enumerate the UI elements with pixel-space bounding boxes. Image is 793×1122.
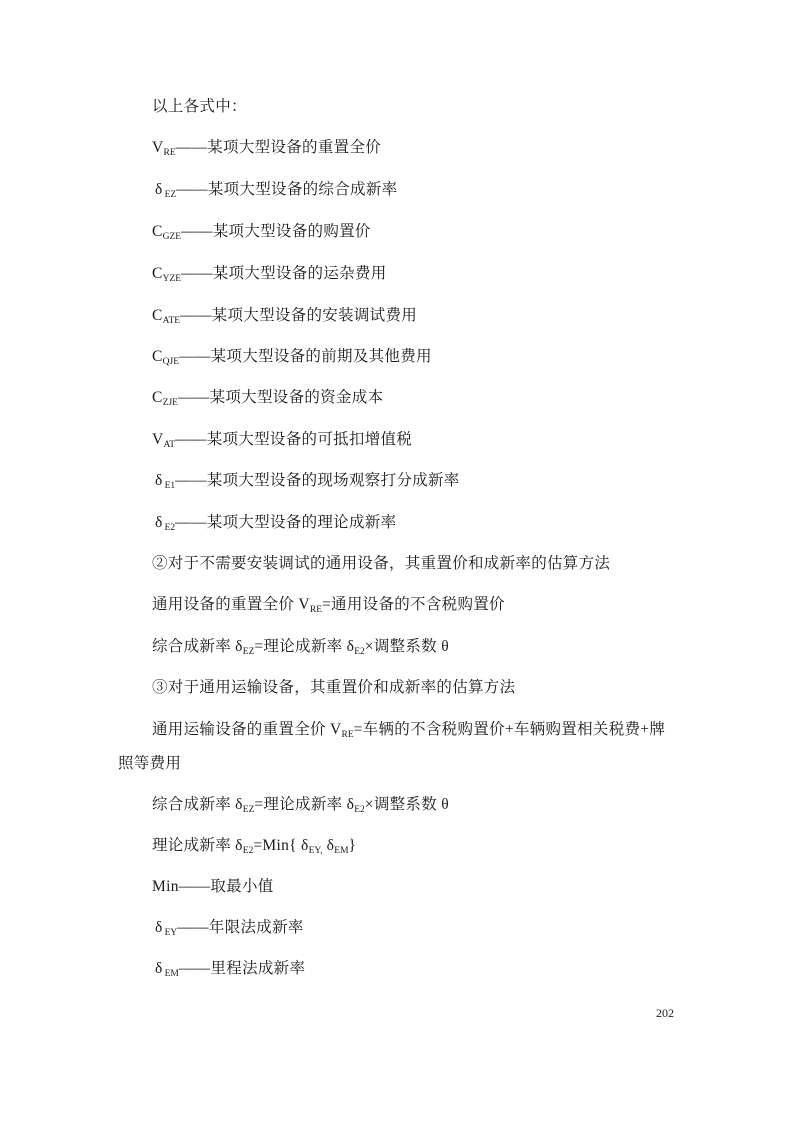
description: 某项大型设备的运杂费用 <box>213 265 387 282</box>
definition-cqje: CQJE——某项大型设备的前期及其他费用 <box>152 347 432 372</box>
dash: —— <box>176 139 208 156</box>
subscript: GZE <box>163 232 181 242</box>
symbol: V <box>152 431 164 448</box>
definition-delta-ez: δEZ——某项大型设备的综合成新率 <box>155 180 397 205</box>
formula-prefix: 综合成新率 δ <box>152 638 243 655</box>
section3-formula-replacement-price: 通用运输设备的重置全价 VRE=车辆的不含税购置价+车辆购置相关税费+牌 <box>152 720 665 745</box>
formula-prefix: 理论成新率 δ <box>152 837 243 854</box>
dash: —— <box>179 960 211 977</box>
definition-vat: VAT——某项大型设备的可抵扣增值税 <box>152 430 412 455</box>
section2-heading: ②对于不需要安装调试的通用设备，其重置价和成新率的估算方法 <box>152 554 610 574</box>
formula-mid: =Min{ δ <box>253 837 308 854</box>
dash: —— <box>179 878 211 895</box>
dash: —— <box>177 919 209 936</box>
symbol: δ <box>155 514 163 531</box>
subscript: EZ <box>243 647 255 657</box>
subscript: YZE <box>163 274 181 284</box>
formula-prefix: 通用设备的重置全价 V <box>152 596 310 613</box>
formula-suffix: =车辆的不含税购置价+车辆购置相关税费+牌 <box>354 721 666 738</box>
definition-cate: CATE——某项大型设备的安装调试费用 <box>152 306 417 331</box>
description: 某项大型设备的综合成新率 <box>208 181 398 198</box>
section3-heading: ③对于通用运输设备，其重置价和成新率的估算方法 <box>152 678 515 698</box>
description: 年限法成新率 <box>209 919 304 936</box>
subscript: EZ <box>243 805 255 815</box>
description: 某项大型设备的安装调试费用 <box>212 307 417 324</box>
description: 某项大型设备的理论成新率 <box>207 514 397 531</box>
formula-prefix: 通用运输设备的重置全价 V <box>152 721 341 738</box>
formula-prefix: 综合成新率 δ <box>152 796 243 813</box>
dash: —— <box>175 431 207 448</box>
symbol: C <box>152 348 163 365</box>
formula-suffix: } <box>349 837 357 854</box>
section3-formula-replacement-price-continuation: 照等费用 <box>118 754 181 774</box>
subscript: QJE <box>163 357 179 367</box>
dash: —— <box>176 181 208 198</box>
definition-delta-ey: δEY——年限法成新率 <box>155 918 304 943</box>
dash: —— <box>180 307 212 324</box>
section3-formula-theoretical-rate: 理论成新率 δE2=Min{ δEY, δEM} <box>152 836 356 861</box>
subscript: ZJE <box>163 398 178 408</box>
subscript: E2 <box>165 523 176 533</box>
symbol: δ <box>155 181 163 198</box>
formula-mid: δ <box>322 837 334 854</box>
subscript: ATE <box>163 316 180 326</box>
subscript: E1 <box>165 481 176 491</box>
description: 某项大型设备的前期及其他费用 <box>211 348 432 365</box>
symbol: δ <box>155 472 163 489</box>
dash: —— <box>181 265 213 282</box>
section2-formula-newness-rate: 综合成新率 δEZ=理论成新率 δE2×调整系数 θ <box>152 637 449 662</box>
formula-suffix: ×调整系数 θ <box>365 638 449 655</box>
definition-vre: VRE——某项大型设备的重置全价 <box>152 138 381 163</box>
description: 某项大型设备的可抵扣增值税 <box>207 431 412 448</box>
dash: —— <box>178 389 210 406</box>
definition-delta-e1: δE1——某项大型设备的现场观察打分成新率 <box>155 471 460 496</box>
symbol: δ <box>155 919 163 936</box>
formula-suffix: ×调整系数 θ <box>365 796 449 813</box>
symbol: V <box>152 139 164 156</box>
subscript: RE <box>164 148 176 158</box>
subscript: E2 <box>354 805 365 815</box>
definition-delta-em: δEM——里程法成新率 <box>155 959 305 984</box>
definition-cgze: CGZE——某项大型设备的购置价 <box>152 222 371 247</box>
definition-delta-e2: δE2——某项大型设备的理论成新率 <box>155 513 396 538</box>
section3-formula-newness-rate: 综合成新率 δEZ=理论成新率 δE2×调整系数 θ <box>152 795 449 820</box>
description: 取最小值 <box>210 878 273 895</box>
formula-mid: =理论成新率 δ <box>254 796 354 813</box>
subscript: EY <box>165 928 178 938</box>
formula-mid: =理论成新率 δ <box>254 638 354 655</box>
description: 某项大型设备的现场观察打分成新率 <box>207 472 460 489</box>
symbol: C <box>152 307 163 324</box>
symbol: δ <box>155 960 163 977</box>
dash: —— <box>175 472 207 489</box>
subscript: E2 <box>354 647 365 657</box>
intro-text: 以上各式中： <box>152 97 247 117</box>
definition-czje: CZJE——某项大型设备的资金成本 <box>152 388 383 413</box>
dash: —— <box>175 514 207 531</box>
document-page: 以上各式中： VRE——某项大型设备的重置全价 δEZ——某项大型设备的综合成新… <box>0 0 793 1122</box>
subscript: AT <box>164 440 176 450</box>
subscript: EY, <box>309 846 323 856</box>
description: 某项大型设备的资金成本 <box>210 389 384 406</box>
subscript: EM <box>165 969 179 979</box>
symbol: C <box>152 265 163 282</box>
section2-formula-replacement-price: 通用设备的重置全价 VRE=通用设备的不含税购置价 <box>152 595 505 620</box>
page-number: 202 <box>656 1006 674 1020</box>
description: 某项大型设备的购置价 <box>213 223 371 240</box>
definition-min: Min——取最小值 <box>152 877 274 897</box>
definition-cyze: CYZE——某项大型设备的运杂费用 <box>152 264 387 289</box>
subscript: RE <box>310 605 322 615</box>
subscript: EM <box>334 846 348 856</box>
symbol: Min <box>152 878 179 895</box>
description: 里程法成新率 <box>210 960 305 977</box>
subscript: E2 <box>243 846 254 856</box>
dash: —— <box>179 348 211 365</box>
symbol: C <box>152 389 163 406</box>
formula-suffix: =通用设备的不含税购置价 <box>322 596 505 613</box>
subscript: RE <box>341 730 353 740</box>
symbol: C <box>152 223 163 240</box>
description: 某项大型设备的重置全价 <box>207 139 381 156</box>
subscript: EZ <box>165 190 177 200</box>
dash: —— <box>181 223 213 240</box>
